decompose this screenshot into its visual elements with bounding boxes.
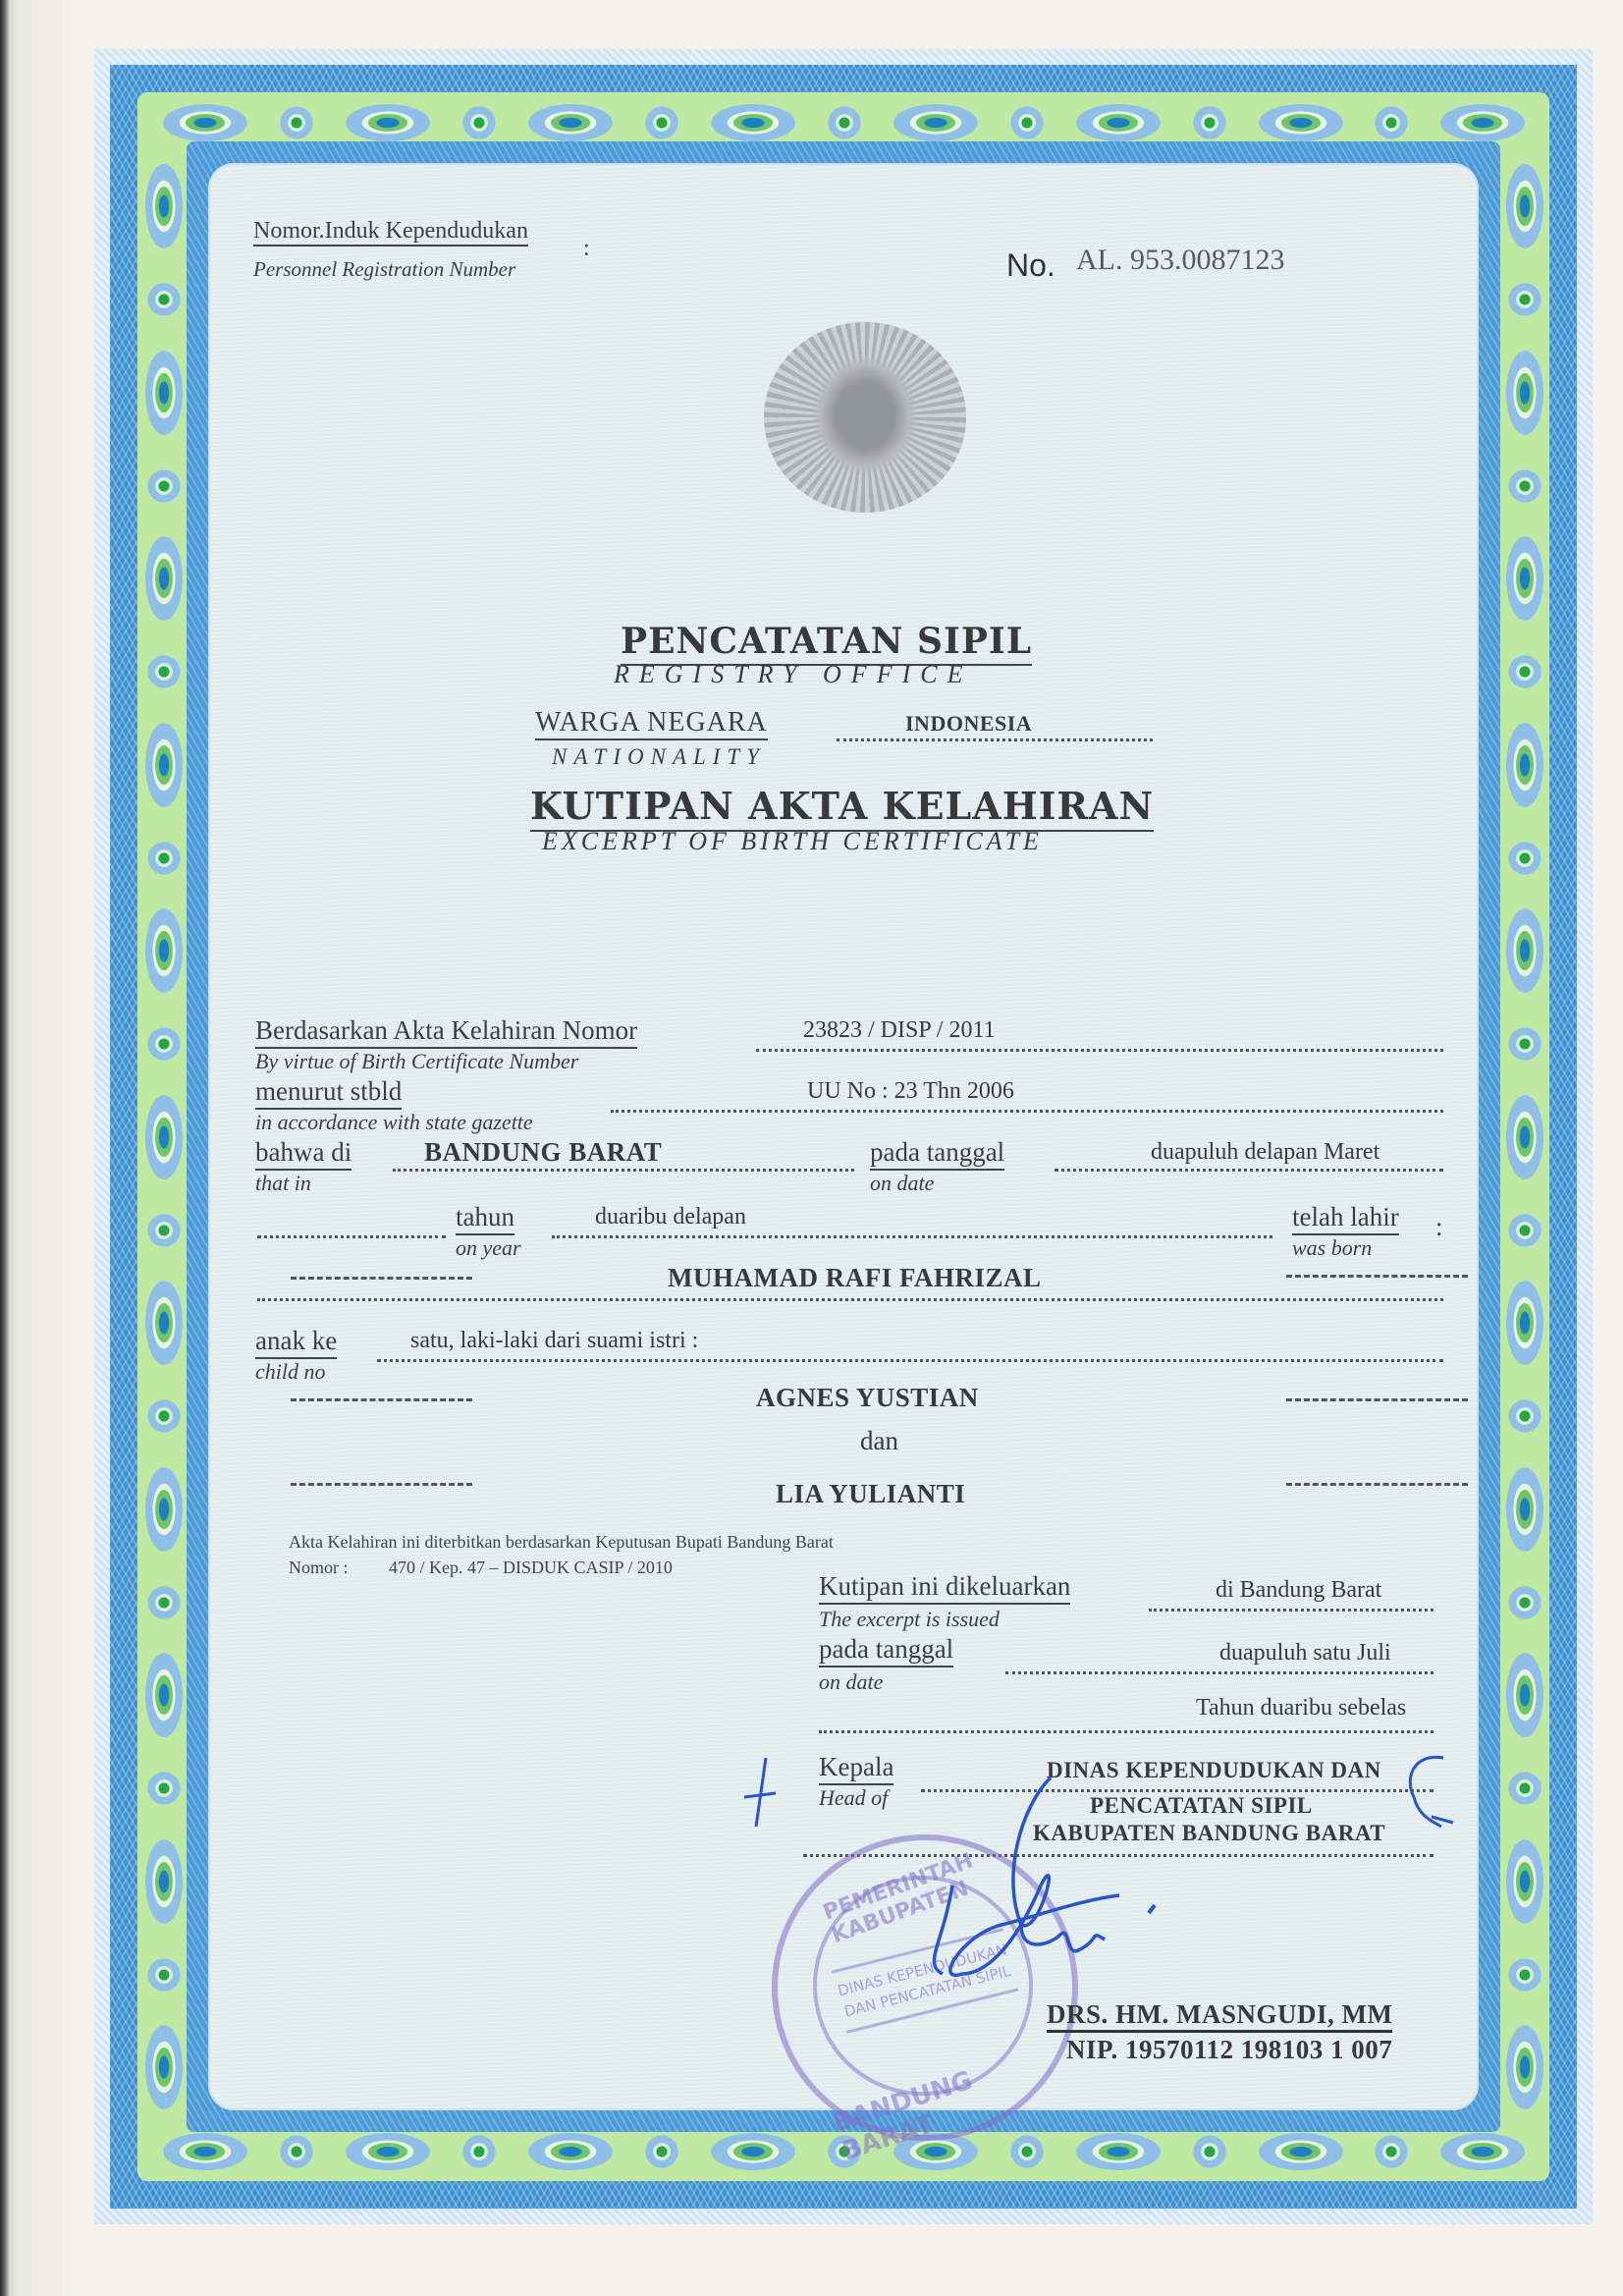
border-ornament: [1506, 908, 1543, 993]
border-ornament: [145, 351, 183, 435]
child-name: MUHAMAD RAFI FAHRIZAL: [668, 1263, 1041, 1293]
border-ornament: [346, 104, 430, 141]
serial-number: AL. 953.0087123: [1076, 244, 1285, 277]
border-ornament: [1440, 104, 1525, 141]
border-ornament: [147, 1399, 181, 1433]
border-ornament: [147, 1772, 181, 1805]
cert-number-value: 23823 / DISP / 2011: [803, 1017, 996, 1044]
border-ornament: [1506, 2025, 1543, 2109]
border-ornament: [1508, 1399, 1542, 1433]
border-ornament: [1506, 351, 1543, 435]
issued-label: Kutipan ini dikeluarkan: [819, 1571, 1070, 1605]
border-ornament: [1259, 104, 1343, 141]
nik-label: Nomor.Induk Kependudukan: [253, 218, 528, 246]
border-ornament: [1506, 1653, 1543, 1737]
cert-number-label: Berdasarkan Akta Kelahiran Nomor: [255, 1015, 637, 1049]
border-ornament: [147, 655, 181, 688]
border-ornament: [1508, 283, 1542, 316]
child-no-dotted-line: [377, 1359, 1443, 1362]
ornament-row-top: [147, 98, 1542, 147]
border-ornament: [147, 1214, 181, 1247]
border-ornament: [1076, 2133, 1161, 2170]
signatory-nip: NIP. 19570112 198103 1 007: [1066, 2035, 1392, 2065]
border-ornament: [346, 2133, 430, 2170]
gazette-label-en: in accordance with state gazette: [255, 1110, 533, 1135]
scanner-margin: [22, 0, 81, 2296]
border-ornament: [1508, 1214, 1542, 1247]
born-label-en: was born: [1292, 1235, 1372, 1261]
conjunction: dan: [860, 1426, 898, 1456]
nationality-dotted-line: [837, 738, 1153, 741]
gazette-value: UU No : 23 Thn 2006: [807, 1078, 1014, 1105]
border-ornament: [528, 2133, 613, 2170]
dash-right: [1286, 1398, 1468, 1401]
border-ornament: [1508, 842, 1542, 875]
place-label-en: that in: [255, 1171, 311, 1196]
border-ornament: [163, 104, 247, 141]
child-no-value: satu, laki-laki dari suami istri :: [410, 1328, 698, 1354]
decree-number-value: 470 / Kep. 47 – DISDUK CASIP / 2010: [389, 1558, 673, 1578]
border-ornament: [1506, 1095, 1543, 1179]
year-label-en: on year: [456, 1235, 521, 1261]
border-ornament: [711, 2133, 795, 2170]
border-ornament: [145, 723, 183, 807]
border-ornament: [1508, 1772, 1542, 1805]
year-value: duaribu delapan: [595, 1204, 746, 1230]
year-label: tahun: [456, 1202, 514, 1235]
border-ornament: [1193, 2135, 1226, 2168]
issued-date: duapuluh satu Juli: [1219, 1640, 1391, 1667]
border-ornament: [147, 842, 181, 875]
scanner-edge: [0, 0, 22, 2296]
ornament-column-left: [141, 147, 187, 2127]
dash-right: [1286, 1275, 1468, 1278]
place-value: BANDUNG BARAT: [424, 1137, 662, 1168]
border-ornament: [145, 536, 183, 621]
date-dotted-line: [1055, 1169, 1443, 1172]
nationality-label-en: NATIONALITY: [552, 744, 766, 770]
nationality-label: WARGA NEGARA: [535, 707, 768, 740]
signature-icon: [727, 1738, 1492, 2033]
border-ornament: [645, 106, 678, 139]
border-ornament: [145, 164, 183, 248]
border-ornament: [462, 2135, 496, 2168]
border-ornament: [645, 2135, 678, 2168]
cert-number-label-en: By virtue of Birth Certificate Number: [255, 1049, 578, 1074]
border-ornament: [1506, 164, 1543, 248]
border-ornament: [147, 469, 181, 503]
border-ornament: [711, 104, 795, 141]
border-ornament: [1506, 1839, 1543, 1924]
border-ornament: [145, 2025, 183, 2109]
year-left-dotted-line: [257, 1235, 446, 1238]
border-ornament: [147, 1586, 181, 1619]
nik-colon: :: [583, 236, 590, 262]
date-label: pada tanggal: [870, 1137, 1004, 1171]
garuda-emblem-icon: [764, 322, 966, 513]
border-ornament: [1506, 1281, 1543, 1365]
border-ornament: [147, 1027, 181, 1061]
border-ornament: [1508, 1586, 1542, 1619]
border-ornament: [280, 2135, 313, 2168]
nik-label-en: Personnel Registration Number: [253, 257, 515, 282]
child-no-label: anak ke: [255, 1326, 337, 1359]
border-ornament: [145, 1281, 183, 1365]
border-ornament: [1193, 106, 1226, 139]
border-ornament: [147, 1958, 181, 1992]
border-ornament: [1259, 2133, 1343, 2170]
born-colon: :: [1435, 1212, 1443, 1242]
border-ornament: [1010, 2135, 1044, 2168]
border-ornament: [1440, 2133, 1525, 2170]
issued-place: di Bandung Barat: [1216, 1577, 1381, 1604]
border-ornament: [1010, 106, 1044, 139]
border-ornament: [1506, 1467, 1543, 1552]
serial-prefix: No.: [1006, 247, 1055, 284]
border-ornament: [1508, 1958, 1542, 1992]
dash-left: [291, 1398, 472, 1401]
date-label-en: on date: [870, 1171, 934, 1196]
border-ornament: [145, 1653, 183, 1737]
mother-name: LIA YULIANTI: [776, 1479, 965, 1509]
border-ornament: [1508, 655, 1542, 688]
gazette-label: menurut stbld: [255, 1076, 402, 1110]
issued-place-dotted-line: [1149, 1609, 1434, 1612]
border-ornament: [145, 1467, 183, 1552]
border-ornament: [163, 2133, 247, 2170]
decree-number-label: Nomor :: [289, 1558, 349, 1578]
document-title: KUTIPAN AKTA KELAHIRAN: [530, 784, 1154, 832]
border-ornament: [1508, 1027, 1542, 1061]
issued-year-dotted-line: [819, 1730, 1434, 1733]
dash-left: [291, 1277, 472, 1280]
office-title-en: REGISTRY OFFICE: [614, 660, 972, 689]
border-ornament: [1508, 469, 1542, 503]
border-ornament: [1375, 2135, 1408, 2168]
border-ornament: [145, 1839, 183, 1924]
dash-right: [1286, 1483, 1468, 1486]
year-dotted-line: [552, 1235, 1272, 1238]
border-ornament: [893, 104, 978, 141]
border-ornament: [828, 106, 861, 139]
child-no-label-en: child no: [255, 1359, 326, 1385]
border-ornament: [1375, 106, 1408, 139]
border-ornament: [145, 1095, 183, 1179]
place-label: bahwa di: [255, 1137, 352, 1171]
issued-date-label: pada tanggal: [819, 1634, 953, 1667]
border-ornament: [280, 106, 313, 139]
issued-date-label-en: on date: [819, 1669, 883, 1695]
decree-line: Akta Kelahiran ini diterbitkan berdasark…: [289, 1532, 834, 1553]
border-ornament: [462, 106, 496, 139]
border-ornament: [145, 908, 183, 993]
father-name: AGNES YUSTIAN: [756, 1383, 979, 1413]
gazette-dotted-line: [611, 1110, 1443, 1113]
dash-left: [291, 1483, 472, 1486]
date-value: duapuluh delapan Maret: [1151, 1139, 1380, 1166]
child-name-dotted-line: [257, 1298, 1443, 1301]
place-dotted-line: [393, 1169, 854, 1172]
document-title-en: EXCERPT OF BIRTH CERTIFICATE: [542, 827, 1043, 856]
issued-label-en: The excerpt is issued: [819, 1607, 1000, 1632]
border-ornament: [1076, 104, 1161, 141]
born-label: telah lahir: [1292, 1202, 1399, 1235]
border-ornament: [1506, 536, 1543, 621]
ornament-column-right: [1502, 147, 1547, 2127]
issued-year: Tahun duaribu sebelas: [1196, 1695, 1406, 1722]
cert-number-dotted-line: [756, 1049, 1443, 1052]
border-ornament: [528, 104, 613, 141]
nationality-value: INDONESIA: [905, 711, 1032, 737]
issued-date-dotted-line: [1005, 1671, 1434, 1674]
border-ornament: [147, 283, 181, 316]
border-ornament: [1506, 723, 1543, 807]
